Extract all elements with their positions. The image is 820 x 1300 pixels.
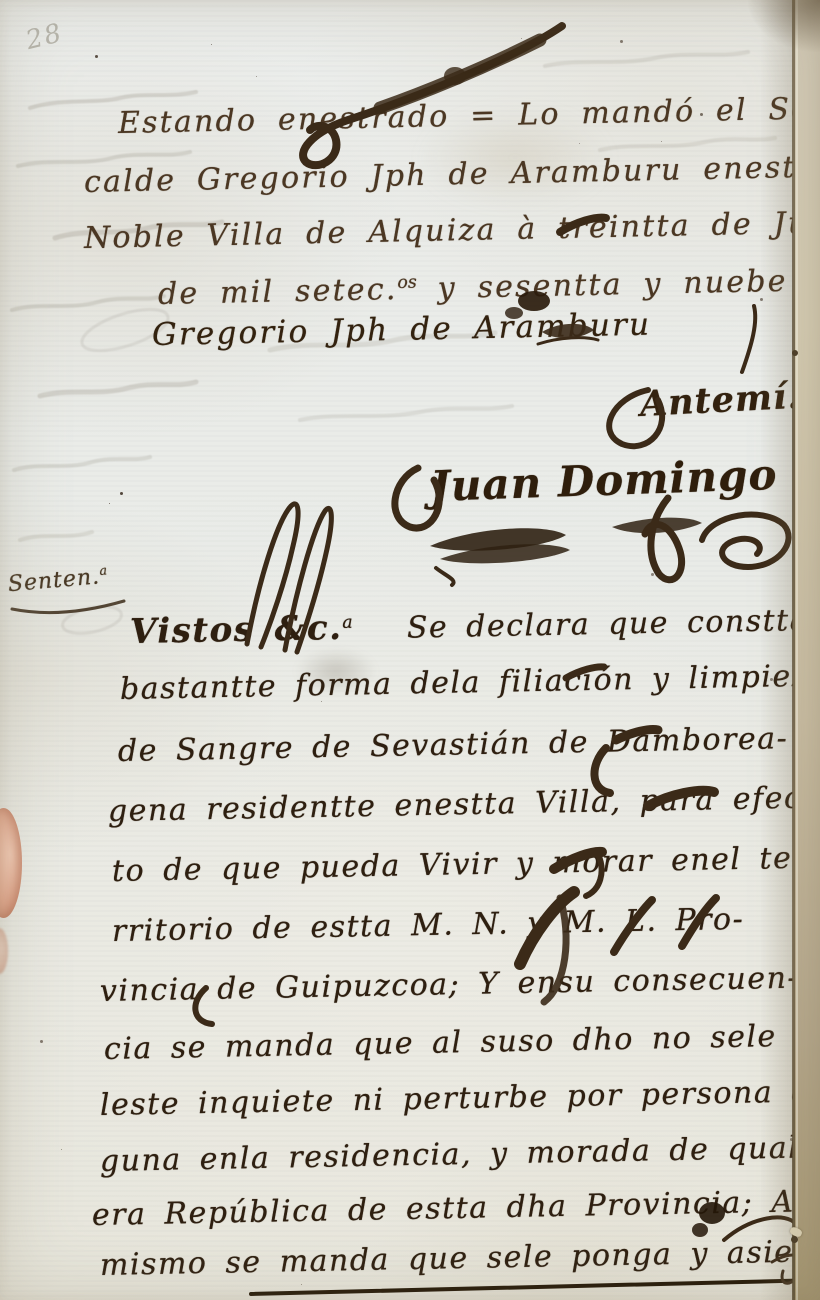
margin-note-superscript: a <box>99 563 108 579</box>
margin-note-underline <box>12 601 124 613</box>
sewing-hole-bottom <box>791 1236 798 1243</box>
sentence-line-1-rest: Se declara que constta en <box>352 602 820 647</box>
sentence-line-1-vistos: Vistos &c. <box>130 608 343 652</box>
sentence-line-9: leste inquiete ni perturbe por persona a… <box>100 1074 820 1123</box>
archival-corner-mark: 28 <box>23 18 66 56</box>
notary-rubric-tail <box>436 568 454 585</box>
ante-mi-ascender <box>742 306 755 372</box>
notary-rubric-lens-3 <box>612 518 702 533</box>
sentence-line-2: bastantte forma dela filiación y limpiez… <box>120 658 820 707</box>
opening-line-3: Noble Villa de Alquiza à treintta de Jun… <box>84 205 820 256</box>
opening-line-4-superscript: os <box>397 273 417 293</box>
sentence-line-4: gena residentte enestta Villa, para efec… <box>108 780 815 829</box>
opening-line-4-text: de mil setec. <box>158 272 398 312</box>
opening-line-2: calde Gregorio Jph de Aramburu enestta <box>84 149 820 200</box>
bottom-rule <box>251 1280 820 1294</box>
notary-rubric-lens-1 <box>430 528 566 551</box>
sewing-hole-top <box>792 350 798 356</box>
opening-line-1: Estando enestrado = Lo mandó el Señor Al… <box>118 89 820 141</box>
notary-rubric-lens-2 <box>440 544 570 563</box>
fingertip-2 <box>0 928 8 974</box>
sentence-line-8: cia se manda que al suso dho no sele mo- <box>104 1018 820 1067</box>
ink-blob-flourish <box>444 67 466 85</box>
notary-signature: Juan Domingo de Olola <box>429 442 820 511</box>
page-edge-crease <box>792 0 795 1300</box>
opening-line-4-rest: y sesentta y nuebe // <box>417 263 820 307</box>
manuscript-page: 28 Estando enestrado = Lo mandó el Señor… <box>0 0 820 1300</box>
sentence-line-12: mismo se manda que sele ponga y asientte <box>100 1233 820 1283</box>
ante-mi-label: Antemí. <box>639 376 801 425</box>
sentence-line-3: de Sangre de Sevastián de Damborea- <box>118 721 789 769</box>
sentence-line-7: vincia de Guipuzcoa; Y ensu consecuen- <box>100 961 800 1009</box>
sentence-line-5: to de que pueda Vivir y morar enel te- <box>112 841 805 889</box>
notary-rubric-spiral <box>702 515 789 567</box>
fingertip <box>0 808 22 918</box>
opening-flourish <box>303 26 562 165</box>
ink-spatter <box>95 55 98 58</box>
ink-blot-provincia-2 <box>692 1223 708 1237</box>
margin-note-text: Senten. <box>7 564 101 597</box>
alcalde-signature: Gregorio Jph de Aramburu <box>152 307 652 353</box>
page-edge-highlight <box>796 0 798 1300</box>
sentence-line-1-superscript: a <box>342 613 353 633</box>
margin-note-sentencia: Senten.a <box>7 563 109 597</box>
sentence-line-6: rritorio de estta M. N. y M. L. Pro- <box>112 902 745 949</box>
notary-rubric-figure8 <box>645 498 682 580</box>
sentence-line-10: guna enla residencia, y morada de qualqu… <box>100 1129 820 1179</box>
sentence-line-11: era República de estta dha Provincia; As… <box>92 1184 820 1233</box>
sentence-line-1: Vistos &c.a Se declara que constta en <box>130 598 820 652</box>
opening-line-4: de mil setec.os y sesentta y nuebe // <box>158 263 820 312</box>
